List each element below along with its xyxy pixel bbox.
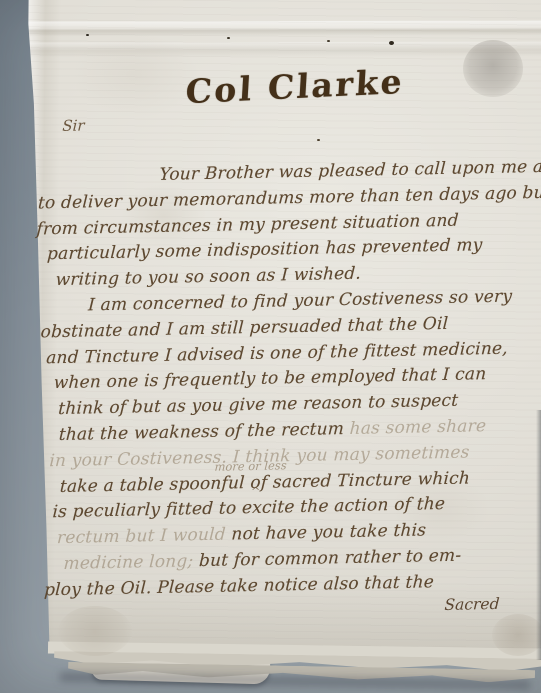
text-segment: rectum but I would [57, 525, 232, 549]
text-segment: is peculiarly fitted to excite the actio… [52, 494, 446, 522]
text-line: from circumstances in my present situati… [36, 210, 459, 239]
text-segment: from circumstances in my present situati… [36, 210, 459, 239]
text-line: and Tincture I advised is one of the fit… [46, 338, 509, 368]
text-segment: Your Brother was pleased to call upon me… [159, 156, 541, 185]
text-segment: to deliver your memorandums more than te… [37, 182, 541, 213]
text-segment: writing to you so soon as I wished. [55, 264, 362, 290]
text-segment: particularly some indisposition has prev… [47, 236, 483, 265]
text-line: I am concerned to find your Costiveness … [88, 287, 513, 316]
text-segment: medicine long; [63, 551, 199, 574]
text-line: obstinate and I am still persuaded that … [40, 314, 449, 343]
text-segment: I am concerned to find your Costiveness … [88, 287, 513, 316]
letter-text-layer: Col Clarke Sir Your Brother was pleased … [0, 0, 541, 693]
text-segment: obstinate and I am still persuaded that … [40, 314, 449, 343]
text-line: ploy the Oil. Please take notice also th… [44, 572, 435, 600]
interlinear-insertion: more or less [214, 458, 287, 474]
text-line: think of but as you give me reason to su… [58, 391, 459, 419]
text-line: is peculiarly fitted to excite the actio… [52, 494, 446, 522]
text-segment: but for common rather to em- [199, 546, 462, 572]
text-segment: ploy the Oil. Please take notice also th… [44, 572, 435, 600]
photo-backdrop: Col Clarke Sir Your Brother was pleased … [0, 0, 541, 693]
text-segment: think of but as you give me reason to su… [58, 391, 459, 419]
text-segment: that the weakness of the rectum [58, 419, 350, 445]
text-line: Your Brother was pleased to call upon me… [159, 156, 541, 185]
text-segment: and Tincture I advised is one of the fit… [46, 338, 509, 368]
text-segment: not have you take this [231, 521, 427, 545]
text-segment: when one is frequently to be employed th… [53, 364, 487, 393]
text-line: writing to you so soon as I wished. [55, 264, 362, 290]
text-line: when one is frequently to be employed th… [53, 364, 487, 393]
salutation: Sir [62, 116, 85, 134]
text-line: to deliver your memorandums more than te… [37, 182, 541, 213]
catchword: Sacred [444, 595, 500, 614]
text-line: rectum but I would not have you take thi… [57, 521, 427, 549]
text-segment: has some share [349, 416, 487, 439]
text-line: that the weakness of the rectum has some… [58, 416, 486, 445]
text-line: medicine long; but for common rather to … [63, 546, 462, 574]
letter-heading: Col Clarke [185, 62, 406, 111]
insertion-caret: ^ [251, 485, 260, 498]
text-line: particularly some indisposition has prev… [47, 236, 483, 265]
letter-body: Your Brother was pleased to call upon me… [0, 0, 535, 1]
